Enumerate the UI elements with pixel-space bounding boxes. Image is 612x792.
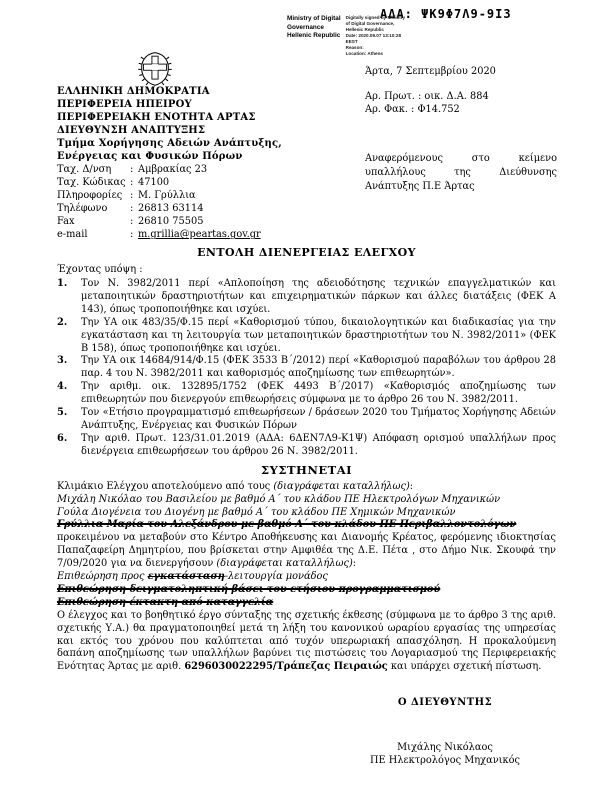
bank-account-number: 6296030022295/Τράπεζας Πειραιώς [184,661,387,672]
contact-label: Πληροφορίες [57,189,130,202]
contact-value: Μ. Γρύλλια [138,189,196,202]
contact-separator: : [130,228,138,241]
contact-separator: : [130,176,138,189]
list-item-text: Την ΥΑ οικ 14684/914/Φ.15 (ΦΕΚ 3533 Β΄/2… [81,355,556,381]
header-line-region: ΠΕΡΙΦΕΡΕΙΑ ΗΠΕΙΡΟΥ [57,99,302,112]
header-line-republic: ΕΛΛΗΝΙΚΗ ΔΗΜΟΚΡΑΤΙΑ [57,86,302,99]
inspection-suffix: -λειτουργία μονάδος [225,571,328,582]
list-item-number: 1. [57,278,81,317]
list-item-number: 2. [57,317,81,356]
closing-paragraph: Ο έλεγχος και το βοηθητικό έργο σύνταξης… [57,610,556,675]
contact-value: Αμβρακίας 23 [138,163,207,176]
header-line-directorate: ΔΙΕΥΘΥΝΣΗ ΑΝΑΠΤΥΞΗΣ [57,125,302,138]
signatory-title: ΠΕ Ηλεκτρολόγος Μηχανικός [330,754,560,767]
signature-block: Ο ΔΙΕΥΘΥΝΤΗΣ Μιχάλης Νικόλαος ΠΕ Ηλεκτρο… [330,697,560,767]
list-item: 1. Τον Ν. 3982/2011 περί «Απλοποίηση της… [57,278,556,317]
contact-value: 26813 63114 [138,202,203,215]
contact-row-address: Ταχ. Δ/νση : Αμβρακίας 23 [57,163,302,176]
list-item-text: Τον «Ετήσιο προγραμματισμό επιθεωρήσεων … [81,407,556,433]
document-page: ΑΔΑ: ΨΚ9Φ7Λ9-9Ι3 Ministry of Digital Gov… [0,0,612,792]
mission-colon: : [353,558,356,569]
header-line-department-1: Τμήμα Χορήγησης Αδειών Ανάπτυξης, [57,138,302,151]
contact-row-fax: Fax : 26810 75505 [57,215,302,228]
mission-paragraph: προκειμένου να μεταβούν στο Κέντρο Αποθή… [57,532,556,571]
list-item-text: Την αριθμ. οικ. 132895/1752 (ΦΕΚ 4493 Β΄… [81,381,556,407]
section-heading-systinetai: ΣΥΣΤΗΝΕΤΑΙ [57,463,556,477]
stamp-signature-details: Digitally signed by Ministry of Digital … [346,15,405,57]
inspection-struck-option: εγκατάσταση [148,571,225,582]
committee-intro: Κλιμάκιο Ελέγχου αποτελούμενο από τους (… [57,481,556,494]
list-item-number: 6. [57,433,81,459]
header-line-regional-unit: ΠΕΡΙΦΕΡΕΙΑΚΗ ΕΝΟΤΗΤΑ ΑΡΤΑΣ [57,112,302,125]
committee-member: Γούλα Διογένεια του Διογένη με βαθμό Α΄ … [57,507,556,520]
inspection-prefix: Επιθεώρηση προς [57,571,148,582]
protocol-number: Αρ. Πρωτ. : οικ. Δ.Α. 884 [365,90,557,103]
signatory-name: Μιχάλης Νικόλαος [330,741,560,754]
contact-details: Ταχ. Δ/νση : Αμβρακίας 23 Ταχ. Κώδικας :… [57,163,302,241]
committee-member-struck: Γρύλλια Μαρία του Αλεξάνδρου με βαθμό Α΄… [57,519,556,532]
committee-member: Μιχάλη Νικόλαο του Βασιλείου με βαθμό Α΄… [57,494,556,507]
contact-label: Ταχ. Δ/νση [57,163,130,176]
contact-row-phone: Τηλέφωνο : 26813 63114 [57,202,302,215]
committee-intro-text: Κλιμάκιο Ελέγχου αποτελούμενο από τους [57,481,273,492]
hellenic-republic-emblem-icon [137,50,173,87]
committee-intro-colon: : [410,481,413,492]
document-title: ΕΝΤΟΛΗ ΔΙΕΝΕΡΓΕΙΑΣ ΕΛΕΓΧΟΥ [57,246,556,259]
contact-row-email: e-mail : m.grillia@peartas.gov.gr [57,228,302,241]
mission-italic: (διαγράφεται καταλλήλως) [216,558,352,569]
list-item: 3. Την ΥΑ οικ 14684/914/Φ.15 (ΦΕΚ 3533 Β… [57,355,556,381]
list-item-number: 3. [57,355,81,381]
contact-row-information: Πληροφορίες : Μ. Γρύλλια [57,189,302,202]
file-number: Αρ. Φακ. : Φ14.752 [365,103,557,116]
header-line-department-2: Ενέργειας και Φυσικών Πόρων [57,151,302,164]
list-item-text: Τον Ν. 3982/2011 περί «Απλοποίηση της αδ… [81,278,556,317]
having-regard-label: Έχοντας υπόψη : [57,264,556,275]
inspection-struck-line: Επιθεώρηση έκτακτη από καταγγελία [57,597,556,610]
digital-signature-stamp: Ministry of Digital Governance Hellenic … [287,15,405,57]
contact-label: Ταχ. Κώδικας [57,176,130,189]
contact-label: Fax [57,215,130,228]
sender-header: ΕΛΛΗΝΙΚΗ ΔΗΜΟΚΡΑΤΙΑ ΠΕΡΙΦΕΡΕΙΑ ΗΠΕΙΡΟΥ Π… [57,86,302,241]
list-item: 2. Την ΥΑ οικ 483/35/Φ.15 περί «Καθορισμ… [57,317,556,356]
list-item-text: Την αριθ. Πρωτ. 123/31.01.2019 (ΑΔΑ: 6ΔΕ… [81,433,556,459]
inspection-type-line: Επιθεώρηση προς εγκατάσταση-λειτουργία μ… [57,571,556,584]
list-item: 4. Την αριθμ. οικ. 132895/1752 (ΦΕΚ 4493… [57,381,556,407]
contact-separator: : [130,163,138,176]
contact-label: e-mail [57,228,130,241]
place-date: Άρτα, 7 Σεπτεμβρίου 2020 [365,66,557,77]
stamp-organization: Ministry of Digital Governance Hellenic … [287,15,341,41]
document-meta: Άρτα, 7 Σεπτεμβρίου 2020 Αρ. Πρωτ. : οικ… [365,66,557,194]
recipient-text: Αναφερόμενους στο κείμενο υπαλλήλους της… [365,152,557,194]
inspection-struck-line: Επιθεώρηση δειγματοληπτική βάσει του ετή… [57,584,556,597]
signatory-role: Ο ΔΙΕΥΘΥΝΤΗΣ [330,697,560,708]
contact-separator: : [130,202,138,215]
closing-text-after: και υπάρχει σχετική πίστωση. [388,661,542,672]
list-item-number: 5. [57,407,81,433]
list-item-number: 4. [57,381,81,407]
contact-separator: : [130,215,138,228]
list-item: 6. Την αριθ. Πρωτ. 123/31.01.2019 (ΑΔΑ: … [57,433,556,459]
email-link[interactable]: m.grillia@peartas.gov.gr [138,228,261,241]
contact-value: 47100 [138,176,169,189]
contact-row-postcode: Ταχ. Κώδικας : 47100 [57,176,302,189]
list-item-text: Την ΥΑ οικ 483/35/Φ.15 περί «Καθορισμού … [81,317,556,356]
list-item: 5. Τον «Ετήσιο προγραμματισμό επιθεωρήσε… [57,407,556,433]
document-body: ΕΝΤΟΛΗ ΔΙΕΝΕΡΓΕΙΑΣ ΕΛΕΓΧΟΥ Έχοντας υπόψη… [57,246,556,674]
contact-value: 26810 75505 [138,215,203,228]
committee-intro-italic: (διαγράφεται καταλλήλως) [273,481,409,492]
contact-label: Τηλέφωνο [57,202,130,215]
contact-separator: : [130,189,138,202]
